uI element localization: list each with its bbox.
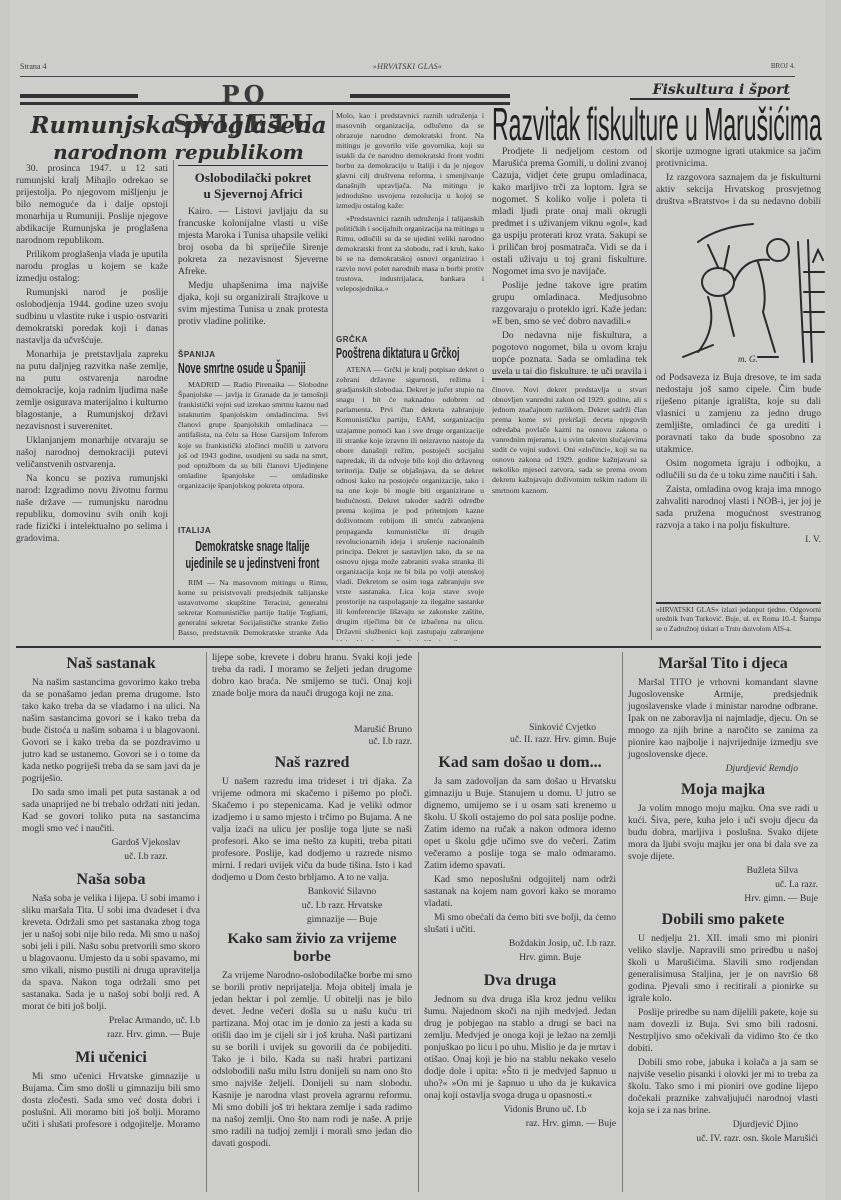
dva-druga-headline: Dva druga: [424, 972, 616, 990]
svg-text:m. G.: m. G.: [738, 354, 758, 364]
rumunjska-headline: Rumunjska proglašena narodnom republikom: [16, 113, 341, 165]
column-divider: [651, 146, 652, 640]
grcka-article: ATENA — Grčki je kralj potpisao dekret o…: [336, 365, 484, 641]
afrika-article: Kairo. — Listovi javljaju da su francusk…: [178, 206, 328, 330]
fiskultura-article-col2: Do nedavna nije fiskultura, a pogotovo n…: [656, 146, 821, 208]
dobili-smo-pakete-headline: Dobili smo pakete: [628, 911, 818, 929]
kad-sam-dosao-article: Ja sam zadovoljan da sam došao u Hrvatsk…: [424, 776, 616, 964]
page-divider: [16, 646, 821, 648]
heading-rule: [350, 94, 510, 98]
fiskultura-signature: I. V.: [656, 534, 821, 546]
newspaper-page: Strana 4 »HRVATSKI GLAS« BROJ 4. PO SVIJ…: [10, 0, 825, 1200]
nas-razred-article: U našem razredu ima trideset i tri djaka…: [212, 776, 412, 926]
column-divider: [206, 652, 207, 1192]
nas-razred-headline: Naš razred: [212, 754, 412, 772]
newspaper-title: »HRVATSKI GLAS«: [20, 62, 795, 71]
afrika-headline: Oslobodilački pokret u Sjevernoj Africi: [178, 170, 328, 202]
heading-rule: [20, 94, 138, 98]
article-column-c: Za vrijeme Narodno-oslobodilačke borbe m…: [424, 652, 616, 1132]
spanija-article: MADRID — Radio Pirenaika — Slobodne Špan…: [178, 380, 328, 493]
article-nas-sastanak: Naš sastanak Na našim sastancima govorim…: [22, 655, 200, 1131]
imprint: »HRVATSKI GLAS« izlazi jedanput tjedno. …: [656, 606, 821, 634]
heading-underline: [20, 102, 510, 105]
italija-article-continued: RIM — Na masovnom mitingu u Rimu, kome s…: [336, 112, 484, 344]
italija-article-part1: RIM — Na masovnom mitingu u Rimu, kome s…: [178, 578, 328, 640]
moja-majka-headline: Moja majka: [628, 781, 818, 799]
marsal-tito-article: Maršal TITO je vrhovni komandant slavne …: [628, 677, 818, 775]
kako-sam-zivio-continued: Za vrijeme Narodno-oslobodilačke borbe m…: [424, 652, 616, 722]
spanija-headline: Nove smrtne osude u Španiji: [178, 360, 306, 377]
dobili-smo-pakete-article: U nedjelju 21. XII. imali smo mi pioniri…: [628, 933, 818, 1145]
section-heading: PO SVIJETU: [20, 80, 510, 110]
fiskultura-article-col1: Prodjete li nedjeljom cestom od Marušića…: [492, 146, 647, 374]
column-divider: [622, 652, 623, 1192]
article-column-d: Maršal Tito i djeca Maršal TITO je vrhov…: [628, 655, 818, 1147]
kako-sam-zivio-article: Za vrijeme Narodno-oslobodilačke borbe m…: [212, 970, 412, 1148]
imprint-rule: [656, 602, 821, 604]
italija-kicker: ITALIJA: [178, 526, 211, 535]
article-rule: [178, 165, 328, 166]
column-divider: [173, 160, 174, 640]
issue-number: BROJ 4.: [771, 62, 795, 70]
kad-sam-dosao-headline: Kad sam došao u dom...: [424, 754, 616, 772]
masthead: Strana 4 »HRVATSKI GLAS« BROJ 4.: [20, 62, 795, 77]
column-divider: [418, 652, 419, 1192]
marsal-tito-headline: Maršal Tito i djeca: [628, 655, 818, 673]
kako-sam-zivio-headline: Kako sam živio za vrijeme borbe: [212, 930, 412, 966]
fiskultura-article-col2-bottom: Iz razgovora saznajem da je fiskulturni …: [656, 372, 821, 602]
spanija-kicker: ŠPANIJA: [178, 350, 216, 359]
football-cartoon-illustration: m. G.: [658, 212, 828, 367]
dva-druga-article: Jednom su dva druga išla kroz jednu veli…: [424, 994, 616, 1130]
grcka-article-continued: ATENA — Grčki je kralj potpisao dekret o…: [492, 384, 647, 644]
mi-ucenici-continued: Mi smo učenici Hrvatske gimnazije u Buja…: [212, 652, 412, 724]
fiskultura-headline: Razvitak fiskulture u Marušićima: [492, 100, 822, 148]
article-rule: [492, 378, 647, 380]
article-column-b: Mi smo učenici Hrvatske gimnazije u Buja…: [212, 652, 412, 1148]
italija-headline: Demokratske snage Italije ujedinile se u…: [178, 538, 327, 572]
moja-majka-article: Ja volim mnogo moju majku. Ona sve radi …: [628, 803, 818, 905]
rumunjska-article: 30. prosinca 1947. u 12 sati rumunjski k…: [16, 163, 168, 547]
grcka-headline: Pooštrena diktatura u Grčkoj: [336, 345, 460, 362]
grcka-kicker: GRČKA: [336, 335, 368, 344]
column-divider: [332, 110, 333, 640]
